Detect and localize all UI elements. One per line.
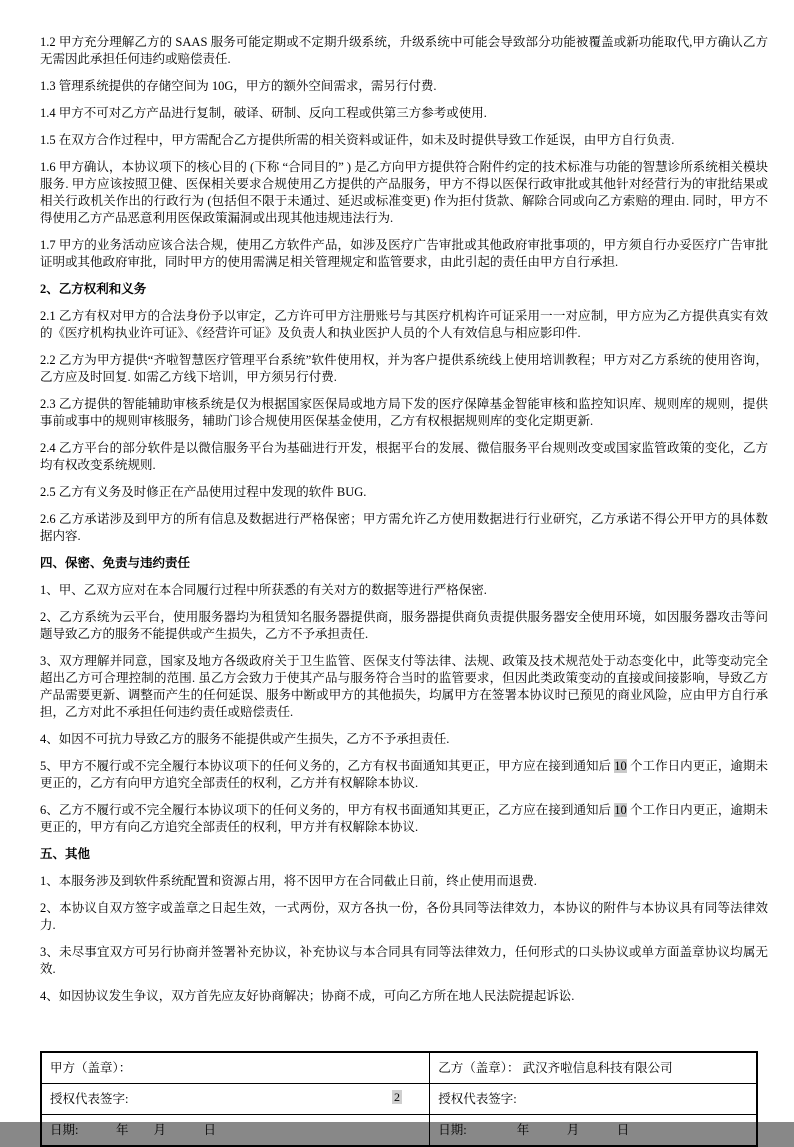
clause-2-1: 2.1 乙方有权对甲方的合法身份予以审定，乙方许可甲方注册账号与其医疗机构许可证…	[40, 308, 768, 342]
party-b-date-cell: 日期: 年 月 日	[430, 1115, 757, 1147]
clause-2-2: 2.2 乙方为甲方提供“齐啦智慧医疗管理平台系统”软件使用权，并为客户提供系统线…	[40, 352, 768, 386]
section-4-item-5: 5、甲方不履行或不完全履行本协议项下的任何义务的，乙方有权书面通知其更正，甲方应…	[40, 758, 768, 792]
clause-1-5: 1.5 在双方合作过程中，甲方需配合乙方提供所需的相关资料或证件，如未及时提供导…	[40, 132, 768, 149]
section-4-item-6: 6、乙方不履行或不完全履行本协议项下的任何义务的，甲方有权书面通知其更正，乙方应…	[40, 802, 768, 836]
party-b-seal-cell: 乙方（盖章）： 武汉齐啦信息科技有限公司	[430, 1052, 757, 1084]
clause-2-3: 2.3 乙方提供的智能辅助审核系统是仅为根据国家医保局或地方局下发的医疗保障基金…	[40, 396, 768, 430]
signature-row-seal: 甲方（盖章）： 乙方（盖章）： 武汉齐啦信息科技有限公司	[41, 1052, 757, 1084]
clause-1-3: 1.3 管理系统提供的存储空间为 10G，甲方的额外空间需求，需另行付费.	[40, 78, 768, 95]
section-5-item-1: 1、本服务涉及到软件系统配置和资源占用，将不因甲方在合同截止日前，终止使用而退费…	[40, 873, 768, 890]
section-4-item-3: 3、双方理解并同意，国家及地方各级政府关于卫生监管、医保支付等法律、法规、政策及…	[40, 653, 768, 721]
clause-2-6: 2.6 乙方承诺涉及到甲方的所有信息及数据进行严格保密；甲方需允许乙方使用数据进…	[40, 511, 768, 545]
item-5-text: 5、甲方不履行或不完全履行本协议项下的任何义务的，乙方有权书面通知其更正，甲方应…	[40, 759, 614, 773]
item-6-text: 6、乙方不履行或不完全履行本协议项下的任何义务的，甲方有权书面通知其更正，乙方应…	[40, 803, 614, 817]
section-5-heading: 五、其他	[40, 846, 768, 863]
item-6-days-field: 10	[614, 803, 627, 817]
item-5-days-field: 10	[614, 759, 627, 773]
section-4-item-2: 2、乙方系统为云平台，使用服务器均为租赁知名服务器提供商，服务器提供商负责提供服…	[40, 609, 768, 643]
clause-2-5: 2.5 乙方有义务及时修正在产品使用过程中发现的软件 BUG.	[40, 484, 768, 501]
clause-1-4: 1.4 甲方不可对乙方产品进行复制，破译、研制、反向工程或供第三方参考或使用.	[40, 105, 768, 122]
section-5-item-3: 3、未尽事宜双方可另行协商并签署补充协议，补充协议与本合同具有同等法律效力，任何…	[40, 944, 768, 978]
section-5-item-4: 4、如因协议发生争议，双方首先应友好协商解决；协商不成，可向乙方所在地人民法院提…	[40, 988, 768, 1005]
contract-body: 1.2 甲方充分理解乙方的 SAAS 服务可能定期或不定期升级系统，升级系统中可…	[40, 34, 768, 1005]
clause-1-7: 1.7 甲方的业务活动应该合法合规，使用乙方软件产品，如涉及医疗广告审批或其他政…	[40, 237, 768, 271]
contract-page: 1.2 甲方充分理解乙方的 SAAS 服务可能定期或不定期升级系统，升级系统中可…	[0, 0, 794, 1122]
clause-1-6: 1.6 甲方确认，本协议项下的核心目的 (下称 “合同目的” ) 是乙方向甲方提…	[40, 159, 768, 227]
clause-2-4: 2.4 乙方平台的部分软件是以微信服务平台为基础进行开发，根据平台的发展、微信服…	[40, 440, 768, 474]
clause-1-2: 1.2 甲方充分理解乙方的 SAAS 服务可能定期或不定期升级系统，升级系统中可…	[40, 34, 768, 68]
page-number: 2	[392, 1090, 402, 1104]
section-2-heading: 2、乙方权利和义务	[40, 281, 768, 298]
signature-row-date: 日期: 年 月 日 日期: 年 月 日	[41, 1115, 757, 1147]
section-4-item-1: 1、甲、乙双方应对在本合同履行过程中所获悉的有关对方的数据等进行严格保密.	[40, 582, 768, 599]
section-4-item-4: 4、如因不可抗力导致乙方的服务不能提供或产生损失，乙方不予承担责任.	[40, 731, 768, 748]
party-a-date-cell: 日期: 年 月 日	[41, 1115, 430, 1147]
section-5-item-2: 2、本协议自双方签字或盖章之日起生效，一式两份，双方各执一份，各份具同等法律效力…	[40, 900, 768, 934]
page-footer: 2	[0, 1089, 794, 1106]
party-a-seal-cell: 甲方（盖章）：	[41, 1052, 430, 1084]
section-4-heading: 四、保密、免责与违约责任	[40, 555, 768, 572]
